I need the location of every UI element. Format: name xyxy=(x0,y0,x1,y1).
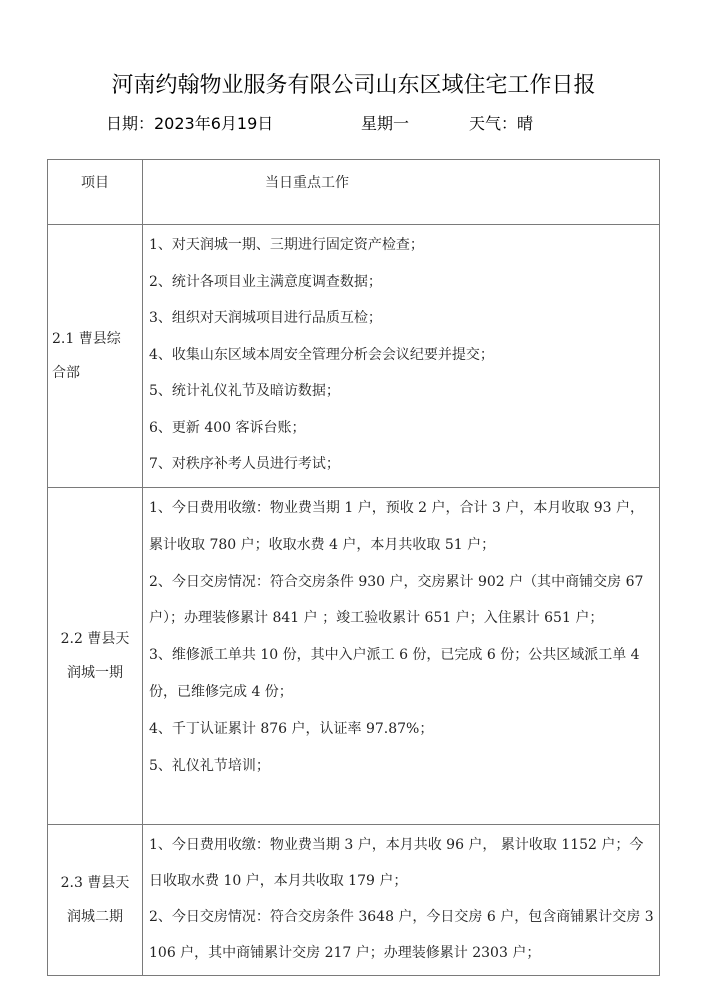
project-name-line: 润城一期 xyxy=(48,656,142,690)
project-cell: 2.3 曹县天 润城二期 xyxy=(48,825,143,976)
project-name-line: 2.1 曹县综 xyxy=(52,322,142,356)
work-item: 3、组织对天润城项目进行品质互检； xyxy=(149,300,655,337)
project-name-line: 2.3 曹县天 xyxy=(48,866,142,900)
work-item: 2、今日交房情况：符合交房条件 3648 户，今日交房 6 户，包含商铺累计交房… xyxy=(149,899,655,971)
project-name-line: 合部 xyxy=(52,356,142,390)
project-cell: 2.1 曹县综 合部 xyxy=(48,225,143,488)
project-name-line: 2.2 曹县天 xyxy=(48,622,142,656)
work-report-table: 项目 当日重点工作 2.1 曹县综 合部 1、对天润城一期、三期进行固定资产检查… xyxy=(47,159,660,976)
work-cell: 1、今日费用收缴：物业费当期 3 户，本月共收 96 户， 累计收取 1152 … xyxy=(143,825,660,976)
work-item: 3、维修派工单共 10 份，其中入户派工 6 份，已完成 6 份；公共区域派工单… xyxy=(149,637,655,711)
work-item: 4、收集山东区域本周安全管理分析会会议纪要并提交； xyxy=(149,337,655,374)
work-item: 7、对秩序补考人员进行考试； xyxy=(149,446,655,483)
header-work: 当日重点工作 xyxy=(143,160,660,225)
work-cell: 1、今日费用收缴：物业费当期 1 户，预收 2 户，合计 3 户，本月收取 93… xyxy=(143,488,660,825)
work-item: 1、今日费用收缴：物业费当期 3 户，本月共收 96 户， 累计收取 1152 … xyxy=(149,827,655,899)
work-item: 4、千丁认证累计 876 户，认证率 97.87%； xyxy=(149,711,655,748)
table-row: 2.3 曹县天 润城二期 1、今日费用收缴：物业费当期 3 户，本月共收 96 … xyxy=(48,825,660,976)
work-item: 6、更新 400 客诉台账； xyxy=(149,410,655,447)
work-item: 5、统计礼仪礼节及暗访数据； xyxy=(149,373,655,410)
work-item: 1、今日费用收缴：物业费当期 1 户，预收 2 户，合计 3 户，本月收取 93… xyxy=(149,490,655,564)
work-cell: 1、对天润城一期、三期进行固定资产检查； 2、统计各项目业主满意度调查数据； 3… xyxy=(143,225,660,488)
report-weekday: 星期一 xyxy=(361,111,409,134)
project-name-line: 润城二期 xyxy=(48,900,142,934)
work-item: 2、统计各项目业主满意度调查数据； xyxy=(149,264,655,301)
table-row: 2.1 曹县综 合部 1、对天润城一期、三期进行固定资产检查； 2、统计各项目业… xyxy=(48,225,660,488)
report-meta: 日期：2023年6月19日 星期一 天气：晴 xyxy=(0,111,707,135)
header-item: 项目 xyxy=(48,160,143,225)
work-item: 5、礼仪礼节培训； xyxy=(149,748,655,785)
report-date: 日期：2023年6月19日 xyxy=(106,111,273,134)
table-header-row: 项目 当日重点工作 xyxy=(48,160,660,225)
project-cell: 2.2 曹县天 润城一期 xyxy=(48,488,143,825)
table-row: 2.2 曹县天 润城一期 1、今日费用收缴：物业费当期 1 户，预收 2 户，合… xyxy=(48,488,660,825)
work-item: 2、今日交房情况：符合交房条件 930 户，交房累计 902 户（其中商铺交房 … xyxy=(149,564,655,638)
report-title: 河南约翰物业服务有限公司山东区域住宅工作日报 xyxy=(0,68,707,99)
report-weather: 天气：晴 xyxy=(469,111,533,134)
work-item: 1、对天润城一期、三期进行固定资产检查； xyxy=(149,227,655,264)
